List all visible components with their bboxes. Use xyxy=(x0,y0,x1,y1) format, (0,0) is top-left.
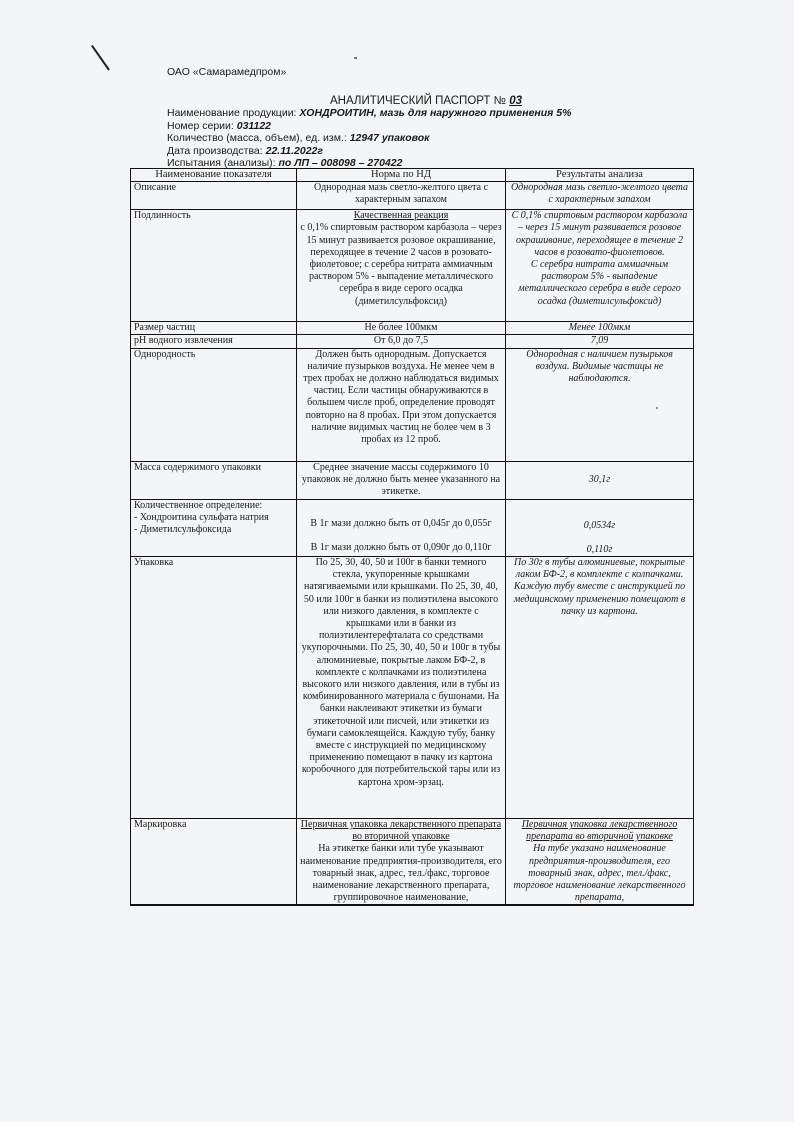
row-norm: Качественная реакция с 0,1% спиртовым ра… xyxy=(297,210,506,322)
header-indicator: Наименование показателя xyxy=(131,169,297,182)
row-result: Менее 100мкм xyxy=(506,322,694,335)
passport-number: 03 xyxy=(509,95,522,107)
meta-production-date: Дата производства: 22.11.2022г xyxy=(167,145,571,158)
row-norm: Не более 100мкм xyxy=(297,322,506,335)
sub-result-chondroitin: 0,0534г xyxy=(509,520,690,532)
row-name: Количественное определение: - Хондроитин… xyxy=(131,499,297,556)
scan-mark xyxy=(91,45,110,71)
meta-value: 12947 упаковок xyxy=(350,132,430,144)
header-norm: Норма по НД xyxy=(297,169,506,182)
product-meta: Наименование продукции: ХОНДРОИТИН, мазь… xyxy=(167,107,571,170)
row-name: Описание xyxy=(131,182,297,210)
sub-result-dmso: 0,110г xyxy=(509,544,690,556)
table-row: Упаковка По 25, 30, 40, 50 и 100г в банк… xyxy=(131,557,694,819)
row-norm: По 25, 30, 40, 50 и 100г в банки темного… xyxy=(297,557,506,819)
table-header: Наименование показателя Норма по НД Резу… xyxy=(131,169,694,182)
sub-name-dmso: - Диметилсульфоксида xyxy=(134,524,293,536)
table-row-quantitative: Количественное определение: - Хондроитин… xyxy=(131,499,694,556)
result-heading: Первичная упаковка лекарственного препар… xyxy=(509,819,690,843)
row-norm: В 1г мази должно быть от 0,045г до 0,055… xyxy=(297,499,506,556)
row-result: Первичная упаковка лекарственного препар… xyxy=(506,819,694,906)
result-text: С 0,1% спиртовым раствором карбазола – ч… xyxy=(509,210,690,259)
meta-quantity: Количество (масса, объем), ед. изм.: 129… xyxy=(167,132,571,145)
norm-heading: Первичная упаковка лекарственного препар… xyxy=(300,819,502,843)
row-result: 0,0534г 0,110г xyxy=(506,499,694,556)
meta-value: 031122 xyxy=(237,120,271,132)
row-name: Маркировка xyxy=(131,819,297,906)
row-result: 30,1г xyxy=(506,461,694,499)
sub-norm-chondroitin: В 1г мази должно быть от 0,045г до 0,055… xyxy=(300,518,502,530)
row-name: Упаковка xyxy=(131,557,297,819)
norm-heading: Качественная реакция xyxy=(300,210,502,222)
table-row: Размер частиц Не более 100мкм Менее 100м… xyxy=(131,322,694,335)
row-result: Однородная мазь светло-желтого цвета с х… xyxy=(506,182,694,210)
table-row: Масса содержимого упаковки Среднее значе… xyxy=(131,461,694,499)
meta-label: Номер серии: xyxy=(167,120,234,132)
sub-norm-dmso: В 1г мази должно быть от 0,090г до 0,110… xyxy=(300,542,502,554)
row-norm: Однородная мазь светло-желтого цвета с х… xyxy=(297,182,506,210)
meta-value: ХОНДРОИТИН, мазь для наружного применени… xyxy=(299,107,571,119)
result-text: На тубе указано наименование предприятия… xyxy=(509,843,690,904)
row-name: Размер частиц xyxy=(131,322,297,335)
row-norm: Среднее значение массы содержимого 10 уп… xyxy=(297,461,506,499)
row-name: Подлинность xyxy=(131,210,297,322)
document-title: АНАЛИТИЧЕСКИЙ ПАСПОРТ № 03 xyxy=(330,95,522,107)
table-row: pH водного извлечения От 6,0 до 7,5 7,09 xyxy=(131,335,694,348)
result-text: По 30г в тубы алюминиевые, покрытые лако… xyxy=(509,557,690,581)
meta-series: Номер серии: 031122 xyxy=(167,120,571,133)
meta-label: Количество (масса, объем), ед. изм.: xyxy=(167,132,347,144)
row-result: С 0,1% спиртовым раствором карбазола – ч… xyxy=(506,210,694,322)
header-result: Результаты анализа xyxy=(506,169,694,182)
analysis-table: Наименование показателя Норма по НД Резу… xyxy=(130,168,694,906)
scan-speck xyxy=(354,57,357,59)
row-result: 7,09 xyxy=(506,335,694,348)
row-norm: Должен быть однородным. Допускается нали… xyxy=(297,348,506,461)
title-text: АНАЛИТИЧЕСКИЙ ПАСПОРТ № xyxy=(330,95,506,107)
sub-name-chondroitin: - Хондроитина сульфата натрия xyxy=(134,512,293,524)
meta-label: Наименование продукции: xyxy=(167,107,296,119)
norm-text: На этикетке банки или тубе указывают наи… xyxy=(300,843,502,904)
table-row: Описание Однородная мазь светло-желтого … xyxy=(131,182,694,210)
table-row: Подлинность Качественная реакция с 0,1% … xyxy=(131,210,694,322)
meta-product: Наименование продукции: ХОНДРОИТИН, мазь… xyxy=(167,107,571,120)
table-row: Однородность Должен быть однородным. Доп… xyxy=(131,348,694,461)
row-name: Однородность xyxy=(131,348,297,461)
row-name: Масса содержимого упаковки xyxy=(131,461,297,499)
row-result: По 30г в тубы алюминиевые, покрытые лако… xyxy=(506,557,694,819)
row-result: Однородная с наличием пузырьков воздуха.… xyxy=(506,348,694,461)
result-text-2: Каждую тубу вместе с инструкцией по меди… xyxy=(509,581,690,618)
quantitative-title: Количественное определение: xyxy=(134,500,293,512)
result-text-2: С серебра нитрата аммиачным раствором 5%… xyxy=(509,259,690,308)
meta-label: Дата производства: xyxy=(167,145,263,157)
row-norm: Первичная упаковка лекарственного препар… xyxy=(297,819,506,906)
norm-text: с 0,1% спиртовым раствором карбазола – ч… xyxy=(300,222,502,307)
organization-name: ОАО «Самарамедпром» xyxy=(167,66,286,78)
row-name: pH водного извлечения xyxy=(131,335,297,348)
row-norm: От 6,0 до 7,5 xyxy=(297,335,506,348)
table-row: Маркировка Первичная упаковка лекарствен… xyxy=(131,819,694,906)
meta-value: 22.11.2022г xyxy=(266,145,323,157)
